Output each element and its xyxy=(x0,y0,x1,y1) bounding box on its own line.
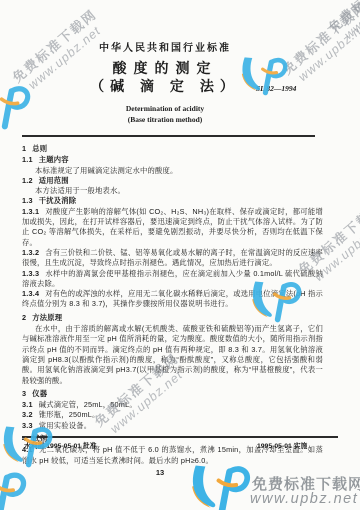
paragraph: 1.3.4对有色的或浑浊的水样，应用无二氧化碳水稀释后滴定，或选用电位滴定法(p… xyxy=(22,289,323,310)
section-text: 常用实验设备。 xyxy=(39,421,91,430)
section-heading: 1.1主题内容 xyxy=(22,155,323,165)
section-text: 水样中的游离氯会使甲基橙指示剂褪色，应在滴定前加入少量 0.1mol/L 硫代硫… xyxy=(22,269,323,288)
document-page: 中华人民共和国行业标准 酸度的测定 （碱 滴 定 法） SL 82—1994 D… xyxy=(0,0,360,510)
implementation-note: 1995-05-01 实施 xyxy=(257,440,307,450)
section-number: 3.1 xyxy=(22,400,33,409)
section-heading: 1.2适用范围 xyxy=(22,176,323,186)
section-text: 干扰及消除 xyxy=(39,196,76,205)
section-number: 1.3.4 xyxy=(22,289,39,298)
body-text: 1总则1.1主题内容本标准规定了用碱滴定法测定水中的酸度。1.2适用范围本方法适… xyxy=(22,141,323,466)
section-text: 主题内容 xyxy=(39,155,69,164)
section-heading: 1.3干扰及消除 xyxy=(22,196,323,206)
section-number: 1.3 xyxy=(22,196,33,205)
section-text: 在水中，由于溶质的解离或水解(无机酸类、硫酸亚铁和硫酸铝等)而产生氢离子，它们与… xyxy=(22,324,323,384)
section-number: 2 xyxy=(22,313,26,322)
section-text: 对有色的或浑浊的水样，应用无二氧化碳水稀释后滴定，或选用电位滴定法(pH 指示终… xyxy=(22,289,323,308)
section-text: 对酸度产生影响的溶解气体(如 CO₂、H₂S、NH₃)在取样、保存或滴定时，都可… xyxy=(22,207,323,247)
section-text: 碱式滴定管，25mL，50mL。 xyxy=(39,400,137,409)
paragraph: 1.3.1对酸度产生影响的溶解气体(如 CO₂、H₂S、NH₃)在取样、保存或滴… xyxy=(22,207,323,248)
section-heading: 3仪器 xyxy=(22,389,323,399)
paragraph: 1.3.2含有三价铁和二价铁、锰、铝等易氧化或易水解的离子时，在常温滴定时的反应… xyxy=(22,248,323,269)
document-content: 中华人民共和国行业标准 酸度的测定 （碱 滴 定 法） SL 82—1994 D… xyxy=(0,0,360,510)
section-text: 本方法适用于一般地表水。 xyxy=(35,186,125,195)
paragraph: 本标准规定了用碱滴定法测定水中的酸度。 xyxy=(22,166,323,176)
footer-rule xyxy=(22,436,338,438)
section-number: 1 xyxy=(22,144,26,153)
document-title-cn: 酸度的测定 xyxy=(0,58,330,78)
section-number: 3.3 xyxy=(22,421,33,430)
paragraph: 本方法适用于一般地表水。 xyxy=(22,186,323,196)
paragraph: 在水中，由于溶质的解离或水解(无机酸类、硫酸亚铁和硫酸铝等)而产生氢离子，它们与… xyxy=(22,324,323,386)
section-text: 本标准规定了用碱滴定法测定水中的酸度。 xyxy=(35,166,177,175)
document-method-en: (Base titration method) xyxy=(0,115,330,124)
section-number: 1.1 xyxy=(22,155,33,164)
section-heading: 2方法原理 xyxy=(22,313,323,323)
page-number: 13 xyxy=(148,468,172,477)
section-number: 1.3.1 xyxy=(22,207,39,216)
section-number: 3 xyxy=(22,389,26,398)
section-number: 1.3.2 xyxy=(22,248,39,257)
document-title-en: Determination of acidity xyxy=(0,104,330,113)
section-number: 1.3.3 xyxy=(22,269,39,278)
section-number: 3.2 xyxy=(22,410,33,419)
paragraph: 3.1碱式滴定管，25mL，50mL。 xyxy=(22,400,323,410)
paragraph: 3.2锥形瓶，250mL。 xyxy=(22,410,323,420)
section-text: 含有三价铁和二价铁、锰、铝等易氧化或易水解的离子时，在常温滴定时的反应速率很慢，… xyxy=(22,248,323,267)
standard-org-line: 中华人民共和国行业标准 xyxy=(0,39,330,54)
section-text: 适用范围 xyxy=(39,176,69,185)
section-text: 锥形瓶，250mL。 xyxy=(39,410,100,419)
standard-number: SL 82—1994 xyxy=(256,84,296,93)
section-number: 1.2 xyxy=(22,176,33,185)
section-text: 总则 xyxy=(32,144,47,153)
section-text: 仪器 xyxy=(32,389,47,398)
paragraph: 1.3.3水样中的游离氯会使甲基橙指示剂褪色，应在滴定前加入少量 0.1mol/… xyxy=(22,269,323,290)
section-text: 方法原理 xyxy=(32,313,62,322)
paragraph: 3.3常用实验设备。 xyxy=(22,421,323,431)
section-heading: 1总则 xyxy=(22,144,323,154)
approval-note: 水利部 1995-05-01 批准 xyxy=(24,440,97,450)
header-rule xyxy=(22,135,315,137)
